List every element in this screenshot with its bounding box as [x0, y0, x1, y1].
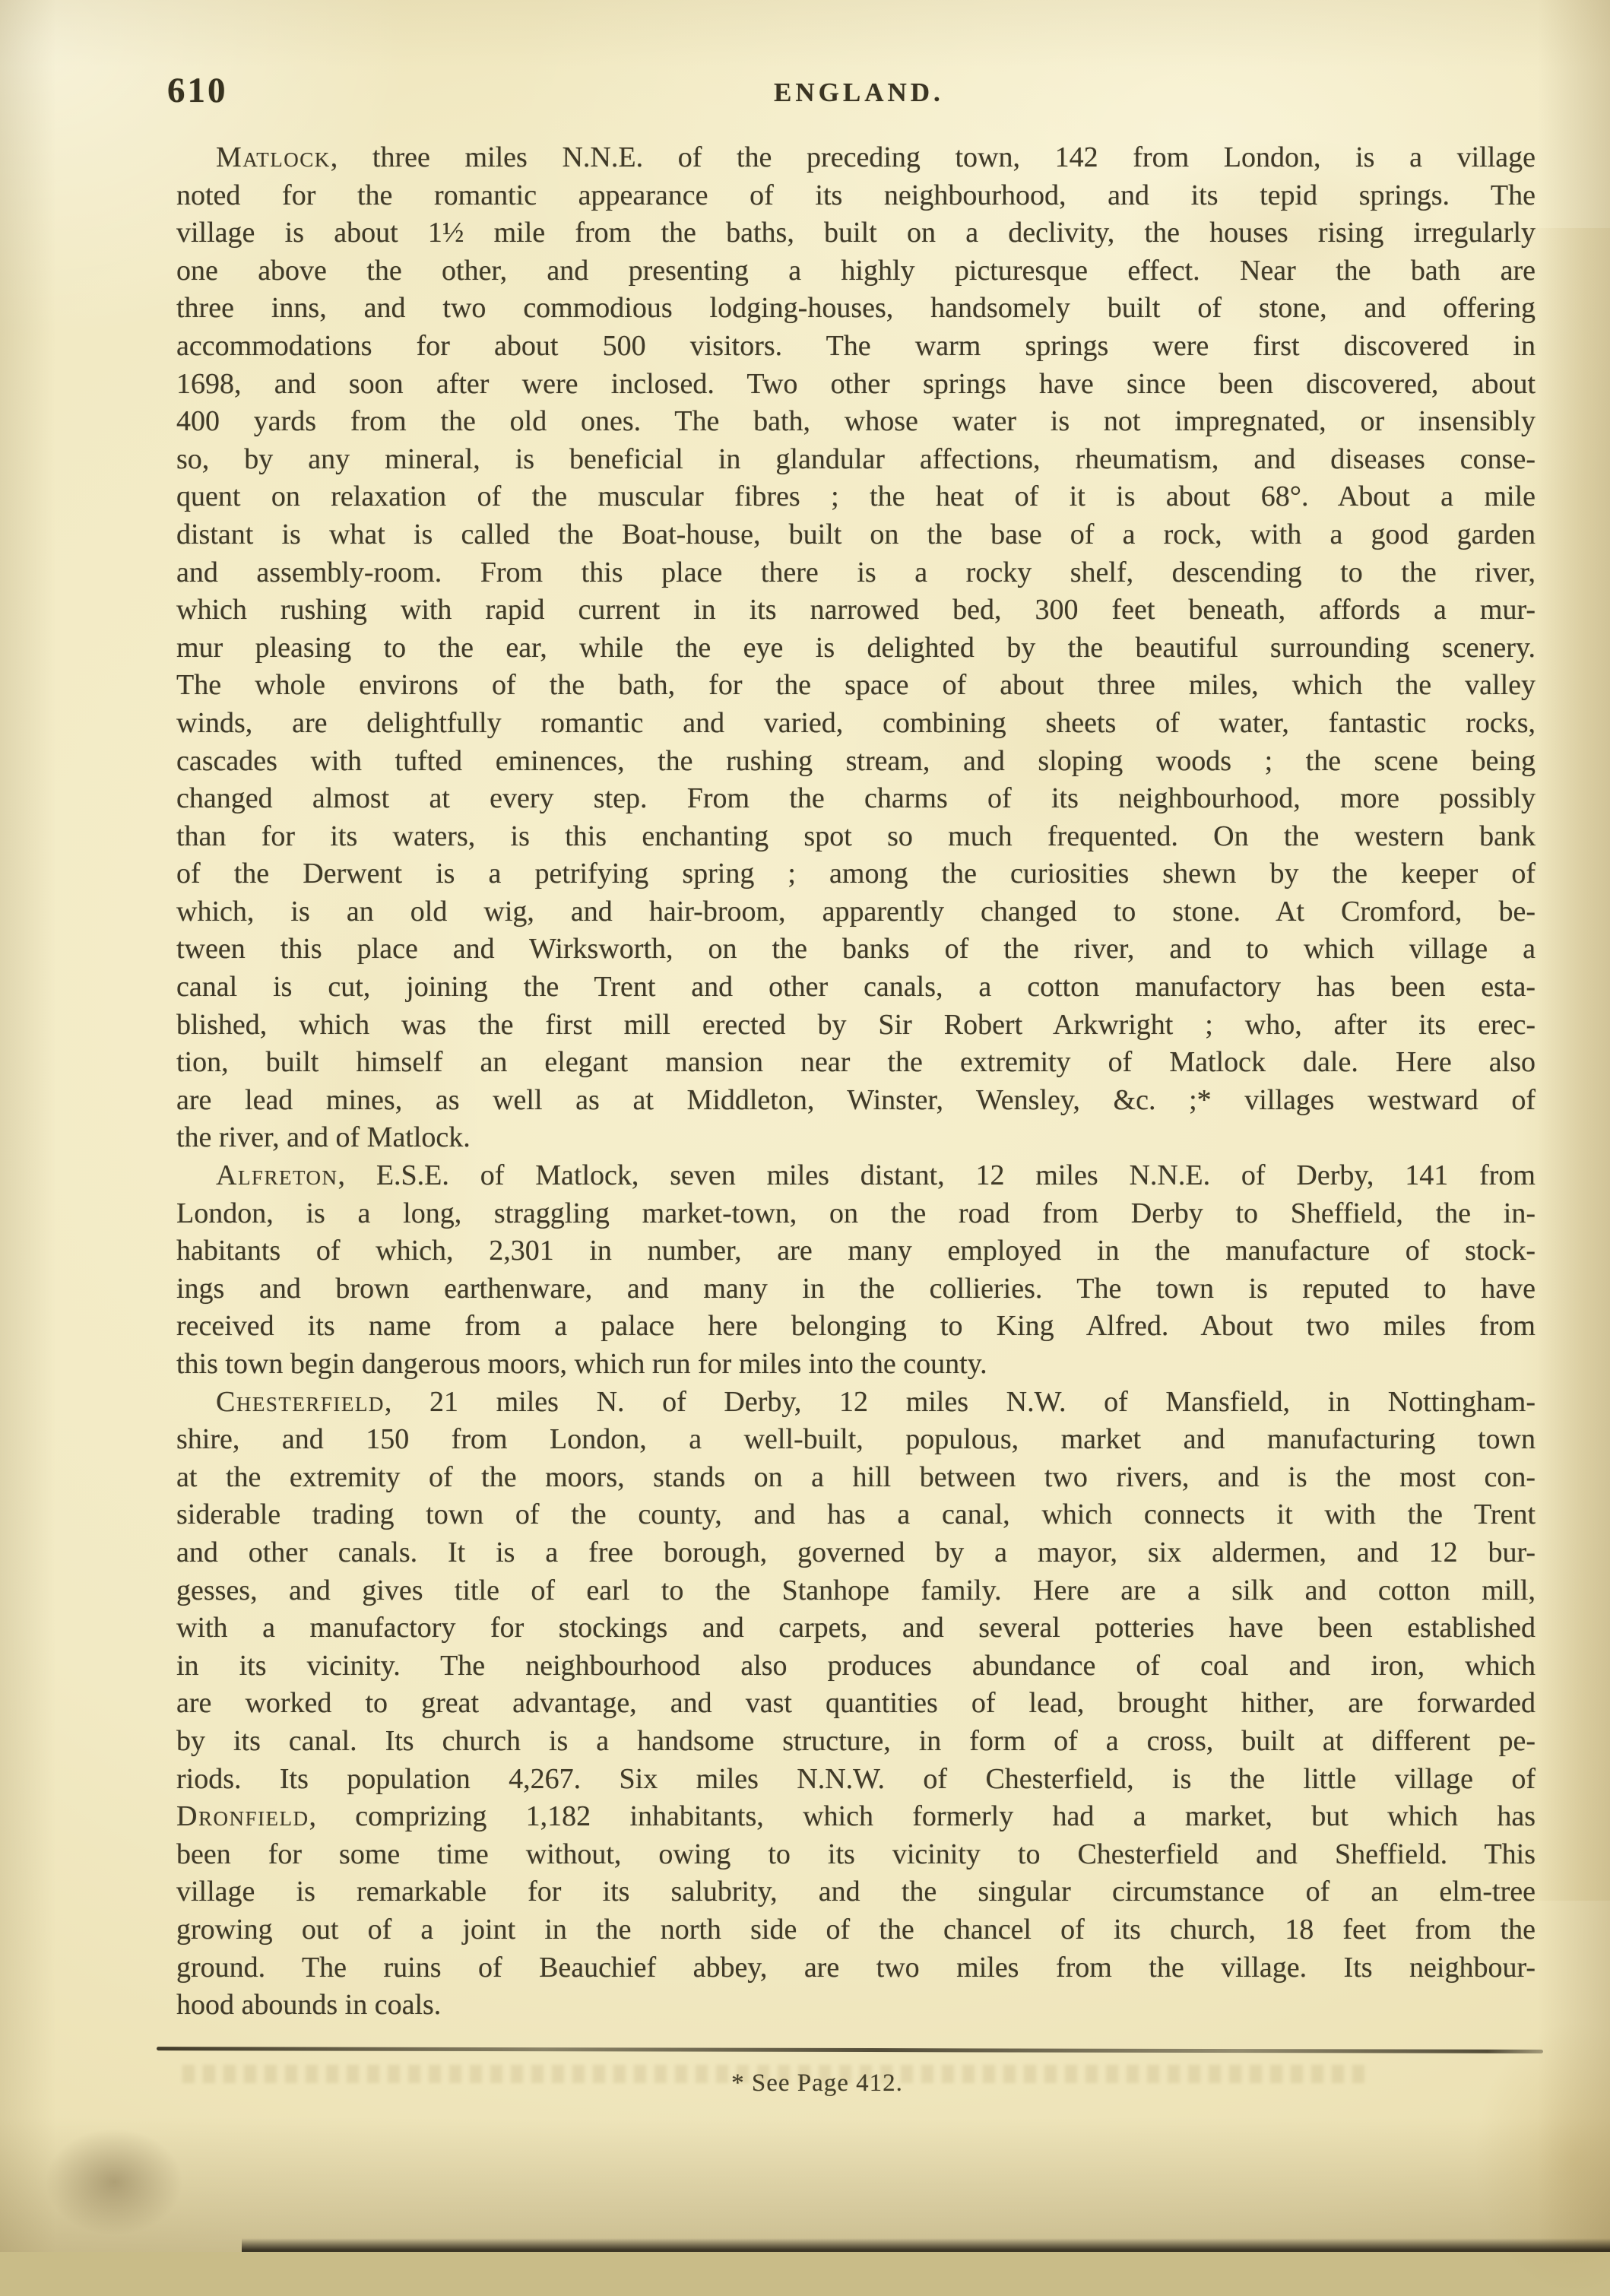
text-line: village is about 1½ mile from the baths,…: [176, 214, 1536, 252]
text-line: quent on relaxation of the muscular fibr…: [176, 478, 1536, 516]
book-page: 610 ENGLAND. Matlock, three miles N.N.E.…: [0, 0, 1610, 2252]
text-line: riods. Its population 4,267. Six miles N…: [176, 1761, 1536, 1799]
text-line: which rushing with rapid current in its …: [176, 591, 1536, 629]
text-line: distant is what is called the Boat-house…: [176, 516, 1536, 554]
text-line: tween this place and Wirksworth, on the …: [176, 931, 1536, 969]
scan-edge-strip: [242, 2238, 1610, 2252]
text-line: noted for the romantic appearance of its…: [176, 177, 1536, 215]
text-line: winds, are delightfully romantic and var…: [176, 705, 1536, 743]
paragraph-chesterfield: Chesterfield, 21 miles N. of Derby, 12 m…: [176, 1384, 1536, 2025]
text-line: are worked to great advantage, and vast …: [176, 1685, 1536, 1723]
text-line: changed almost at every step. From the c…: [176, 780, 1536, 818]
text-line: Matlock, three miles N.N.E. of the prece…: [176, 139, 1536, 177]
small-caps-word: Alfreton: [216, 1159, 338, 1191]
text-segment: , three miles N.N.E. of the preceding to…: [331, 141, 1536, 173]
text-line: with a manufactory for stockings and car…: [176, 1609, 1536, 1647]
text-line: ings and brown earthenware, and many in …: [176, 1270, 1536, 1308]
text-segment: , comprizing 1,182 inhabitants, which fo…: [309, 1800, 1536, 1832]
text-segment: , E.S.E. of Matlock, seven miles distant…: [338, 1159, 1536, 1191]
text-line: tion, built himself an elegant mansion n…: [176, 1044, 1536, 1082]
page-number: 610: [167, 70, 228, 111]
page-body: Matlock, three miles N.N.E. of the prece…: [176, 139, 1536, 2025]
text-line: ground. The ruins of Beauchief abbey, ar…: [176, 1949, 1536, 1987]
text-line: and assembly-room. From this place there…: [176, 554, 1536, 592]
text-line: blished, which was the first mill erecte…: [176, 1007, 1536, 1045]
text-line: of the Derwent is a petrifying spring ; …: [176, 855, 1536, 893]
text-line: so, by any mineral, is beneficial in gla…: [176, 441, 1536, 479]
footnote: * See Page 412.: [90, 2069, 1545, 2098]
text-line: the river, and of Matlock.: [176, 1119, 1536, 1157]
paragraph-alfreton: Alfreton, E.S.E. of Matlock, seven miles…: [176, 1157, 1536, 1384]
text-line: been for some time without, owing to its…: [176, 1836, 1536, 1874]
text-line: by its canal. Its church is a handsome s…: [176, 1723, 1536, 1761]
text-line: are lead mines, as well as at Middleton,…: [176, 1082, 1536, 1120]
text-line: in its vicinity. The neighbourhood also …: [176, 1647, 1536, 1686]
text-line: gesses, and gives title of earl to the S…: [176, 1572, 1536, 1610]
text-line: three inns, and two commodious lodging-h…: [176, 290, 1536, 328]
text-line: village is remarkable for its salubrity,…: [176, 1873, 1536, 1911]
small-caps-word: Chesterfield: [216, 1386, 385, 1418]
small-caps-word: Dronfield: [176, 1800, 309, 1832]
small-caps-word: Matlock: [216, 141, 331, 173]
text-line: Alfreton, E.S.E. of Matlock, seven miles…: [176, 1157, 1536, 1195]
text-line: Dronfield, comprizing 1,182 inhabitants,…: [176, 1798, 1536, 1836]
text-line: hood abounds in coals.: [176, 1987, 1536, 2025]
text-line: cascades with tufted eminences, the rush…: [176, 743, 1536, 781]
running-head: ENGLAND.: [774, 78, 944, 108]
text-line: mur pleasing to the ear, while the eye i…: [176, 629, 1536, 668]
text-line: habitants of which, 2,301 in number, are…: [176, 1232, 1536, 1270]
text-line: which, is an old wig, and hair-broom, ap…: [176, 893, 1536, 931]
text-line: this town begin dangerous moors, which r…: [176, 1346, 1536, 1384]
text-line: accommodations for about 500 visitors. T…: [176, 328, 1536, 366]
text-line: at the extremity of the moors, stands on…: [176, 1459, 1536, 1497]
paper-stain: [46, 2129, 182, 2235]
text-line: received its name from a palace here bel…: [176, 1308, 1536, 1346]
text-line: canal is cut, joining the Trent and othe…: [176, 969, 1536, 1007]
text-line: 400 yards from the old ones. The bath, w…: [176, 403, 1536, 441]
text-line: London, is a long, straggling market-tow…: [176, 1195, 1536, 1233]
text-line: siderable trading town of the county, an…: [176, 1496, 1536, 1534]
text-line: shire, and 150 from London, a well-built…: [176, 1421, 1536, 1459]
text-line: Chesterfield, 21 miles N. of Derby, 12 m…: [176, 1384, 1536, 1422]
paragraph-matlock: Matlock, three miles N.N.E. of the prece…: [176, 139, 1536, 1157]
text-line: and other canals. It is a free borough, …: [176, 1534, 1536, 1572]
text-line: The whole environs of the bath, for the …: [176, 667, 1536, 705]
paper-stain: [1475, 2022, 1610, 2252]
footnote-rule: [157, 2047, 1543, 2053]
text-line: 1698, and soon after were inclosed. Two …: [176, 366, 1536, 404]
text-line: than for its waters, is this enchanting …: [176, 818, 1536, 856]
text-line: growing out of a joint in the north side…: [176, 1911, 1536, 1949]
text-segment: , 21 miles N. of Derby, 12 miles N.W. of…: [385, 1386, 1536, 1418]
text-line: one above the other, and presenting a hi…: [176, 252, 1536, 290]
